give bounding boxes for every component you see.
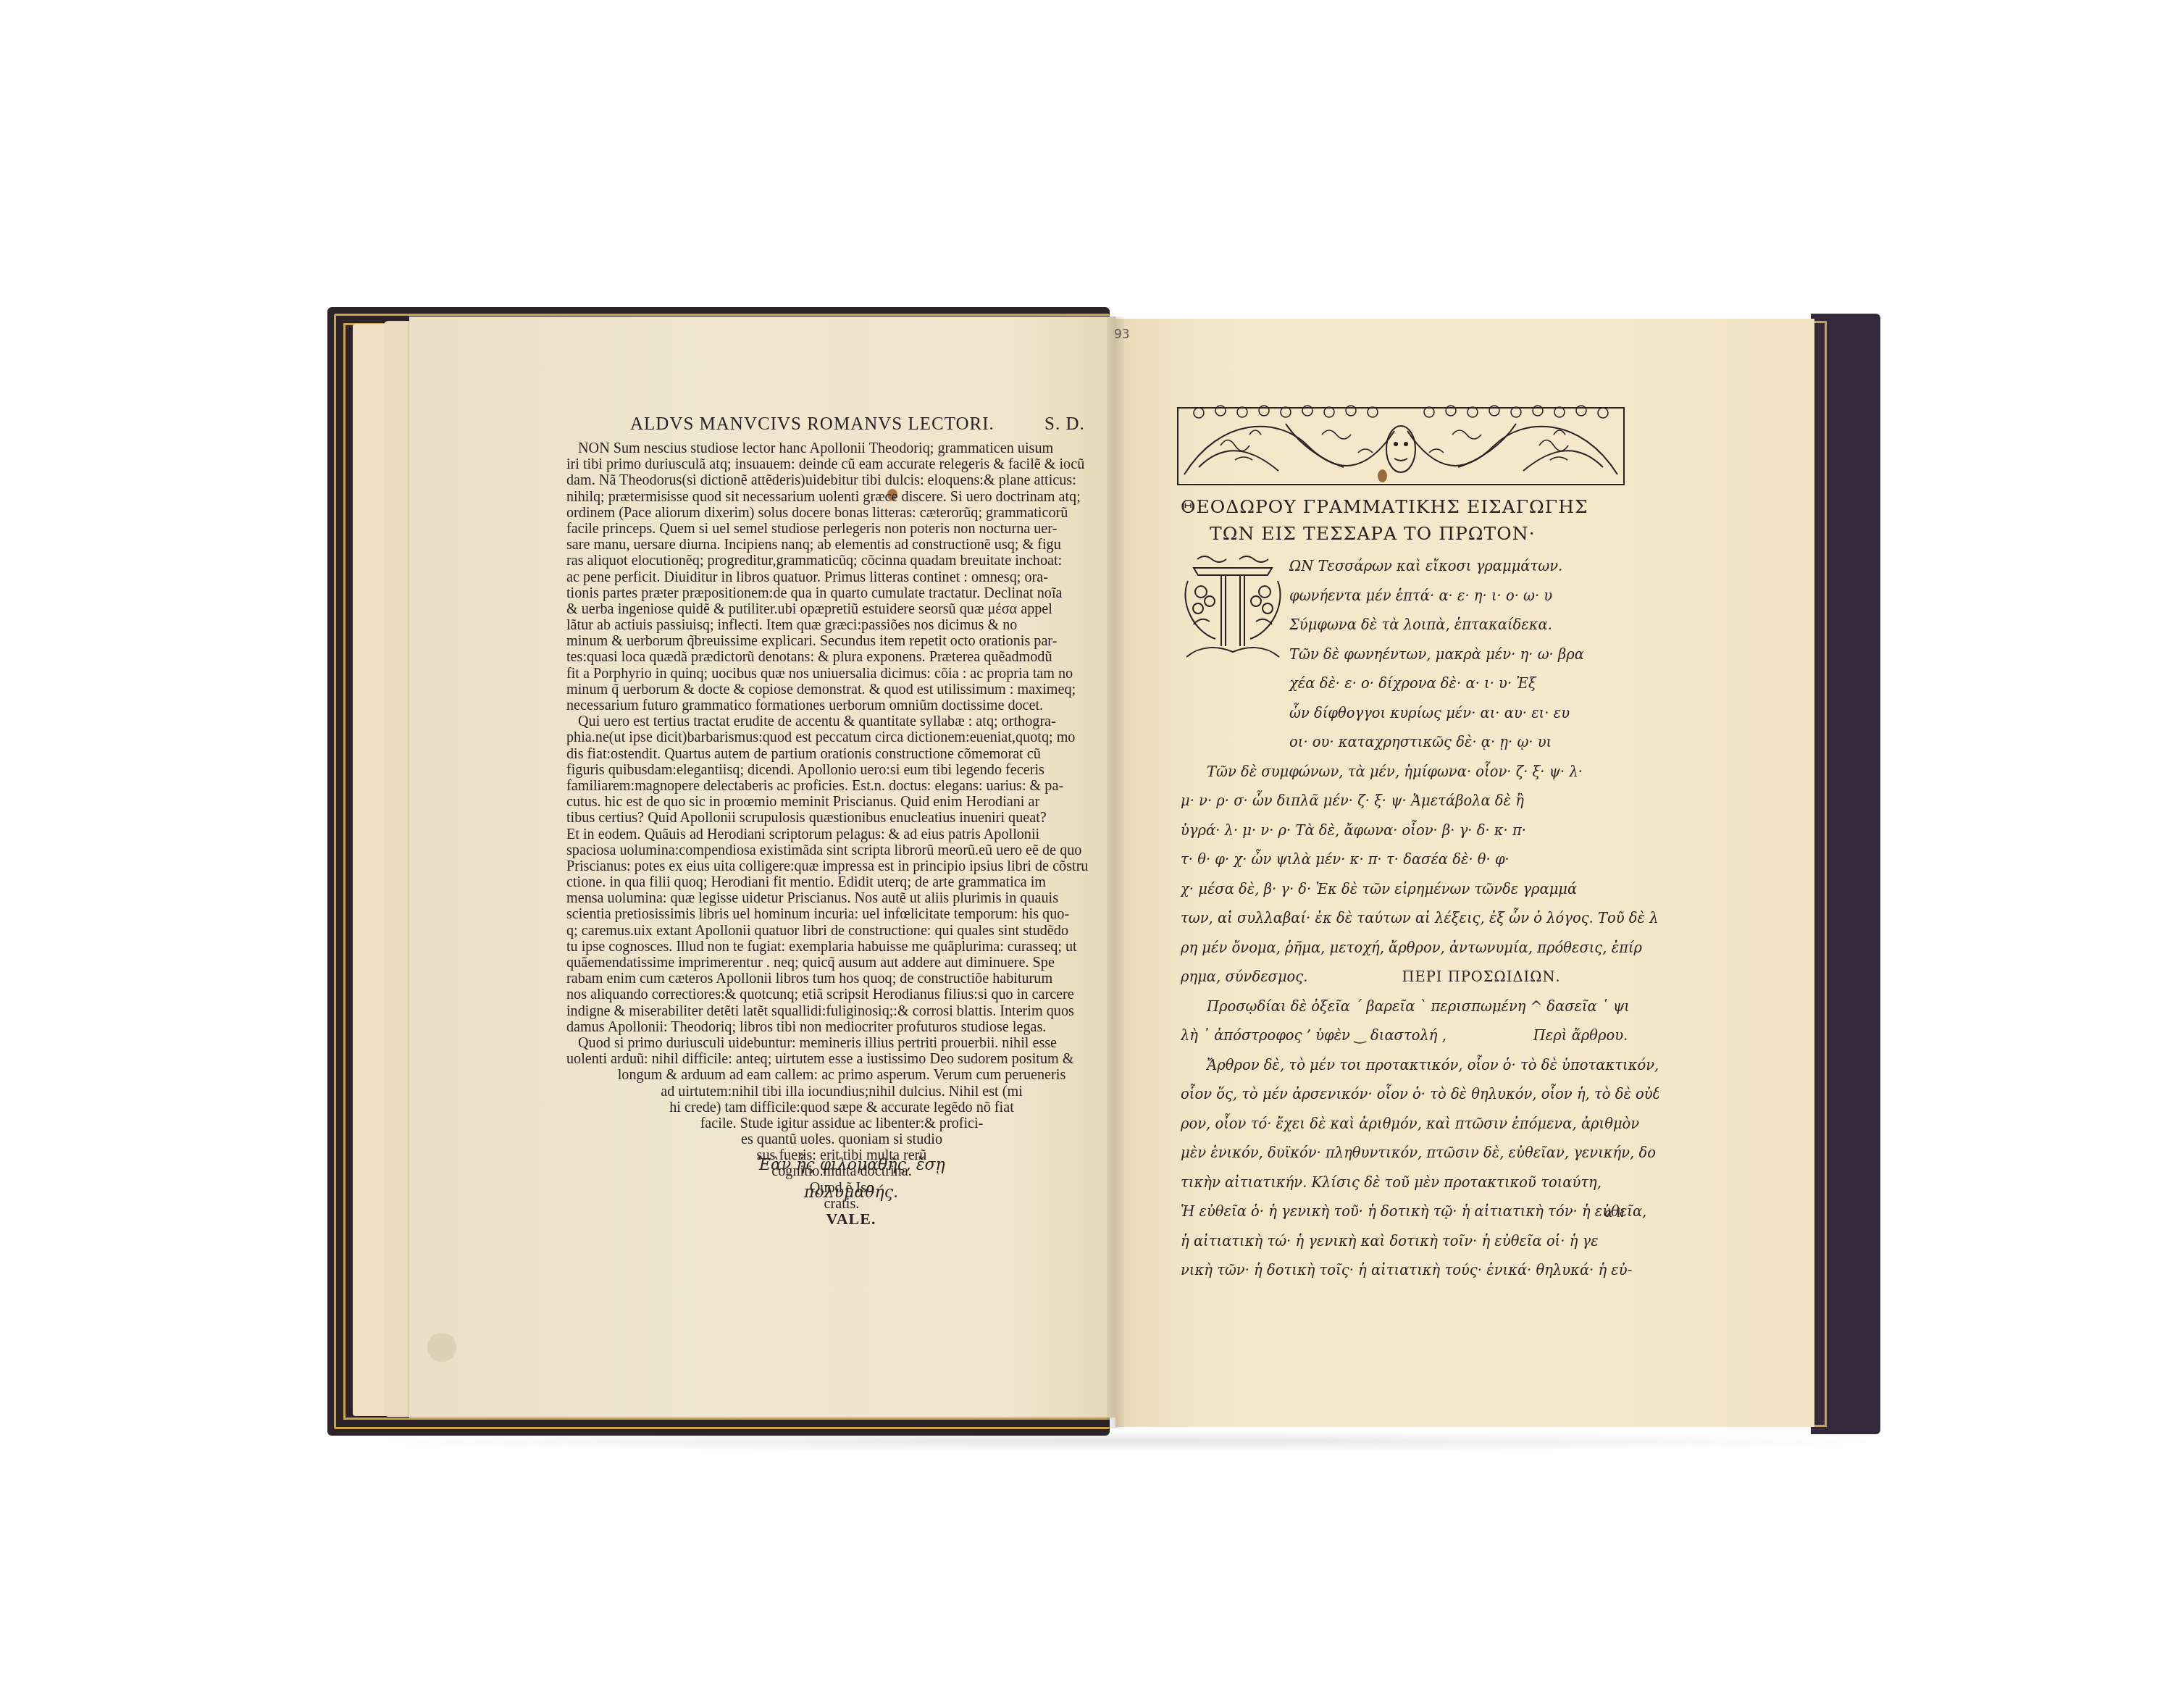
text-line: damus Apollonii: Theodoriq; libros tibi … <box>566 1019 1117 1035</box>
text-line: minum & uerborum q̃breuissime explicari.… <box>566 633 1117 649</box>
text-line: ρη μέν ὄνομα, ῥῆμα, μετοχή, ἄρθρον, ἀντω… <box>1181 934 1659 963</box>
greek-title: ΘΕΟΔΩΡΟΥ ΓΡΑΜΜΑΤΙΚΗΣ ΕΙΣΑΓΩΓΗΣ ΤΩΝ ΕΙΣ Τ… <box>1181 496 1644 544</box>
left-page-heading: ALDVS MANVCIVS ROMANVS LECTORI. S. D. <box>630 414 1094 435</box>
woodcut-headpiece-icon <box>1177 402 1625 485</box>
text-line: nos aliquando correctiores:& quotcunq; e… <box>566 987 1117 1002</box>
text-line: ΩΝ Τεσσάρων καὶ εἴκοσι γραμμάτων. <box>1181 552 1659 582</box>
text-line: Τῶν δὲ φωνηέντων, μακρὰ μέν· η· ω· βρα <box>1181 640 1659 670</box>
text-line: cutus. hic est de quo sic in proœmio mem… <box>566 794 1117 810</box>
text-line-content: χέα δὲ· ε· ο· δίχρονα δὲ· α· ι· υ· Ἐξ <box>1289 675 1536 692</box>
text-line-content: ὧν δίφθογγοι κυρίως μέν· αι· αυ· ει· ευ <box>1289 705 1570 721</box>
text-line: οι· ου· καταχρηστικῶς δὲ· ᾳ· ῃ· ῳ· υι <box>1181 728 1659 758</box>
text-line: ὧν δίφθογγοι κυρίως μέν· αι· αυ· ει· ευ <box>1181 699 1659 729</box>
text-line-content: ὑγρά· λ· μ· ν· ρ· Τὰ δὲ, ἄφωνα· οἷον· β·… <box>1181 822 1526 839</box>
text-line: familiarem:magnopere delectaberis ac pro… <box>566 778 1117 794</box>
text-line: Qui uero est tertius tractat erudite de … <box>566 713 1117 729</box>
greek-motto: Ἐὰν ἧς φιλομαθὴς, ἔσῃ πολυμαθής. <box>728 1152 974 1207</box>
title-line-2: ΤΩΝ ΕΙΣ ΤΕΣΣΑΡΑ ΤΟ ΠΡΩΤΟΝ· <box>1181 523 1644 544</box>
text-line-content: οι· ου· καταχρηστικῶς δὲ· ᾳ· ῃ· ῳ· υι <box>1289 734 1552 750</box>
text-line: longum & arduum ad eam callem: ac primo … <box>566 1067 1117 1083</box>
section-heading-article: Περὶ ἄρθρου. <box>1533 1021 1628 1051</box>
closing-vale: VALE. <box>728 1210 974 1228</box>
text-line-content: νικὴ τῶν· ἡ δοτικὴ τοῖς· ἡ αἰτιατικὴ τού… <box>1181 1262 1632 1278</box>
text-line-content: Ἡ εὐθεῖα ὁ· ἡ γενικὴ τοῦ· ἡ δοτικὴ τῷ· ἡ… <box>1181 1203 1646 1220</box>
text-line: νικὴ τῶν· ἡ δοτικὴ τοῖς· ἡ αἰτιατικὴ τού… <box>1181 1256 1659 1286</box>
text-line: Προσῳδίαι δὲ ὀξεῖα ΄ βαρεῖα ` περισπωμέν… <box>1181 992 1659 1022</box>
text-line: tes:quasi loca quædã prædictorũ denotans… <box>566 649 1117 665</box>
text-line: dam. Nã Theodorus(si dictionẽ attẽderis)… <box>566 472 1117 488</box>
text-line: ras aliquot elocutionẽq; progreditur,gra… <box>566 553 1117 569</box>
text-line: indigne & miserabiliter detẽti latẽt squ… <box>566 1003 1117 1019</box>
text-line-content: ἡ αἰτιατικὴ τώ· ἡ γενικὴ καὶ δοτικὴ τοῖν… <box>1181 1233 1599 1249</box>
flyleaf-inner <box>384 321 413 1417</box>
foxing-left-1 <box>427 1333 456 1362</box>
text-line: Ἡ εὐθεῖα ὁ· ἡ γενικὴ τοῦ· ἡ δοτικὴ τῷ· ἡ… <box>1181 1197 1659 1227</box>
text-line-content: των, αἱ συλλαβαί· ἐκ δὲ ταύτων αἱ λέξεις… <box>1181 910 1659 926</box>
text-line-content: φωνήεντα μέν ἑπτά· α· ε· η· ι· ο· ω· υ <box>1289 587 1552 604</box>
text-line-content: μ· ν· ρ· σ· ὧν διπλᾶ μέν· ζ· ξ· ψ· Ἀμετά… <box>1181 792 1524 809</box>
mask-face <box>1386 426 1415 472</box>
text-line: ρον, οἷον τό· ἔχει δὲ καὶ ἀριθμόν, καὶ π… <box>1181 1110 1659 1139</box>
section-heading-prosody: ΠΕΡΙ ΠΡΟΣΩΙΔΙΩΝ. <box>1402 963 1560 992</box>
text-line: Σύμφωνα δὲ τὰ λοιπὰ, ἑπτακαίδεκα. <box>1181 611 1659 640</box>
gilt-fillet-right <box>1812 321 1827 1427</box>
text-line: mensa uolumina: quæ legisse uidetur Pris… <box>566 890 1117 906</box>
text-line: dis fiat:ostendit. Quartus autem de part… <box>566 746 1117 762</box>
text-line-content: λὴ ᾿ ἀπόστροφος ’ ὑφὲν ‿ διαστολή , <box>1181 1027 1446 1044</box>
text-line: iri tibi primo duriusculã atq; insuauem:… <box>566 456 1117 472</box>
text-line: ac pene perficit. Diuiditur in libros qu… <box>566 569 1117 585</box>
text-line-content: τ· θ· φ· χ· ὧν ψιλὰ μέν· κ· π· τ· δασέα … <box>1181 851 1510 868</box>
text-line: των, αἱ συλλαβαί· ἐκ δὲ ταύτων αἱ λέξεις… <box>1181 904 1659 934</box>
text-line: fit a Porphyrio in quinq; uocibus quæ no… <box>566 666 1117 682</box>
text-line: Τῶν δὲ συμφώνων, τὰ μέν, ἡμίφωνα· οἷον· … <box>1181 758 1659 787</box>
text-line: λὴ ᾿ ἀπόστροφος ’ ὑφὲν ‿ διαστολή ,Περὶ … <box>1181 1021 1659 1051</box>
text-line-content: Ἄρθρον δὲ, τὸ μέν τοι προτακτικόν, οἷον … <box>1207 1057 1659 1073</box>
text-line: τ· θ· φ· χ· ὧν ψιλὰ μέν· κ· π· τ· δασέα … <box>1181 845 1659 875</box>
text-line: χέα δὲ· ε· ο· δίχρονα δὲ· α· ι· υ· Ἐξ <box>1181 669 1659 699</box>
text-line: φωνήεντα μέν ἑπτά· α· ε· η· ι· ο· ω· υ <box>1181 582 1659 611</box>
text-line: quãemendatissime imprimerentur . neq; qu… <box>566 955 1117 971</box>
folio-number: 93 <box>1114 327 1130 342</box>
text-line: ordinem (Pace aliorum dixerim) solus doc… <box>566 505 1117 521</box>
text-line-content: ρημα, σύνδεσμος. <box>1181 968 1307 985</box>
title-line-1: ΘΕΟΔΩΡΟΥ ΓΡΑΜΜΑΤΙΚΗΣ ΕΙΣΑΓΩΓΗΣ <box>1181 496 1644 517</box>
text-line: οἷον ὅς, τὸ μέν ἀρσενικόν· οἷον ὁ· τὸ δὲ… <box>1181 1080 1659 1110</box>
text-line: ctione. in qua filii quoq; Herodiani fit… <box>566 874 1117 890</box>
text-line: χ· μέσα δὲ, β· γ· δ· Ἐκ δὲ τῶν εἰρημένων… <box>1181 875 1659 905</box>
text-line-content: μὲν ἑνικόν, δυϊκόν· πληθυντικόν, πτῶσιν … <box>1181 1144 1656 1161</box>
text-line-content: τικὴν αἰτιατικήν. Κλίσις δὲ τοῦ μὲν προτ… <box>1181 1174 1602 1191</box>
text-line: μὲν ἑνικόν, δυϊκόν· πληθυντικόν, πτῶσιν … <box>1181 1139 1659 1168</box>
text-line: hi crede) tam difficile:quod sæpe & accu… <box>566 1100 1117 1115</box>
right-page-body: ΩΝ Τεσσάρων καὶ εἴκοσι γραμμάτων.φωνήεντ… <box>1181 552 1659 1286</box>
text-line: & uerba ingeniose quidẽ & putiliter.ubi … <box>566 601 1117 617</box>
greek-motto-line-2: πολυμαθής. <box>728 1179 974 1207</box>
text-line-content: χ· μέσα δὲ, β· γ· δ· Ἐκ δὲ τῶν εἰρημένων… <box>1181 881 1577 897</box>
text-line: NON Sum nescius studiose lector hanc Apo… <box>566 440 1117 456</box>
text-line-content: ΩΝ Τεσσάρων καὶ εἴκοσι γραμμάτων. <box>1289 558 1562 574</box>
text-line: ρημα, σύνδεσμος.ΠΕΡΙ ΠΡΟΣΩΙΔΙΩΝ. <box>1181 963 1659 992</box>
text-line-content: Σύμφωνα δὲ τὰ λοιπὰ, ἑπτακαίδεκα. <box>1289 616 1552 633</box>
text-line: necessarium futuro grammatico formatione… <box>566 698 1117 713</box>
text-line: nihilq; prætermisisse quod sit necessari… <box>566 489 1117 505</box>
text-line: tu ipse cognosces. Illud non te fugiat: … <box>566 939 1117 955</box>
text-line: facile princeps. Quem si uel semel studi… <box>566 521 1117 537</box>
text-line: sare manu, uersare diurna. Incipiens nan… <box>566 537 1117 553</box>
text-line: es quantũ uoles. quoniam si studio <box>566 1131 1117 1147</box>
heading-salutation: S. D. <box>1044 414 1085 435</box>
text-line: minum q̃ uerborum & docte & copiose demo… <box>566 682 1117 698</box>
text-line: facile. Stude igitur assidue ac libenter… <box>566 1115 1117 1131</box>
text-line: tionis partes præter præpositionem:de qu… <box>566 585 1117 601</box>
text-line: spaciosa uolumina:compendiosa existimãda… <box>566 842 1117 858</box>
text-line: Priscianus: potes ex eius uita colligere… <box>566 858 1117 874</box>
text-line: uolenti arduũ: nihil difficile: anteq; u… <box>566 1051 1117 1067</box>
text-line-content: Τῶν δὲ φωνηέντων, μακρὰ μέν· η· ω· βρα <box>1289 646 1584 663</box>
signature-mark: α ii <box>1604 1206 1625 1221</box>
text-line-content: οἷον ὅς, τὸ μέν ἀρσενικόν· οἷον ὁ· τὸ δὲ… <box>1181 1086 1659 1102</box>
text-line: τικὴν αἰτιατικήν. Κλίσις δὲ τοῦ μὲν προτ… <box>1181 1168 1659 1198</box>
text-line: Et in eodem. Quãuis ad Herodiani scripto… <box>566 826 1117 842</box>
text-line: ad uirtutem:nihil tibi illa iocundius;ni… <box>566 1084 1117 1100</box>
text-line: phia.ne(ut ipse dicit)barbarismus:quod e… <box>566 729 1117 745</box>
heading-text: ALDVS MANVCIVS ROMANVS LECTORI. <box>630 414 995 434</box>
text-line: tibus certius? Quid Apollonii scrupulosi… <box>566 810 1117 826</box>
right-cover-binding <box>1811 314 1880 1434</box>
text-line-content: ρον, οἷον τό· ἔχει δὲ καὶ ἀριθμόν, καὶ π… <box>1181 1115 1639 1132</box>
greek-motto-line-1: Ἐὰν ἧς φιλομαθὴς, ἔσῃ <box>728 1152 974 1179</box>
text-line-content: Προσῳδίαι δὲ ὀξεῖα ΄ βαρεῖα ` περισπωμέν… <box>1207 998 1630 1015</box>
left-page-body: NON Sum nescius studiose lector hanc Apo… <box>566 440 1117 1212</box>
text-line: μ· ν· ρ· σ· ὧν διπλᾶ μέν· ζ· ξ· ψ· Ἀμετά… <box>1181 787 1659 816</box>
text-line: rabam enim cum cæteros Apollonii libros … <box>566 971 1117 987</box>
text-line: ἡ αἰτιατικὴ τώ· ἡ γενικὴ καὶ δοτικὴ τοῖν… <box>1181 1227 1659 1257</box>
text-line: figuris quibusdam:elegantiisq; dicendi. … <box>566 762 1117 778</box>
text-line: lãtur ab actiuis passiuisq; inflecti. It… <box>566 617 1117 633</box>
text-line: ὑγρά· λ· μ· ν· ρ· Τὰ δὲ, ἄφωνα· οἷον· β·… <box>1181 816 1659 846</box>
text-line: q; caremus.uix extant Apollonii quatuor … <box>566 923 1117 939</box>
text-line: scientia pretiosissimis libris uel homin… <box>566 906 1117 922</box>
text-line-content: Τῶν δὲ συμφώνων, τὰ μέν, ἡμίφωνα· οἷον· … <box>1207 763 1583 780</box>
text-line-content: ρη μέν ὄνομα, ῥῆμα, μετοχή, ἄρθρον, ἀντω… <box>1181 939 1642 956</box>
text-line: Quod si primo duriusculi uidebuntur: mem… <box>566 1035 1117 1051</box>
text-line: Ἄρθρον δὲ, τὸ μέν τοι προτακτικόν, οἷον … <box>1181 1051 1659 1081</box>
